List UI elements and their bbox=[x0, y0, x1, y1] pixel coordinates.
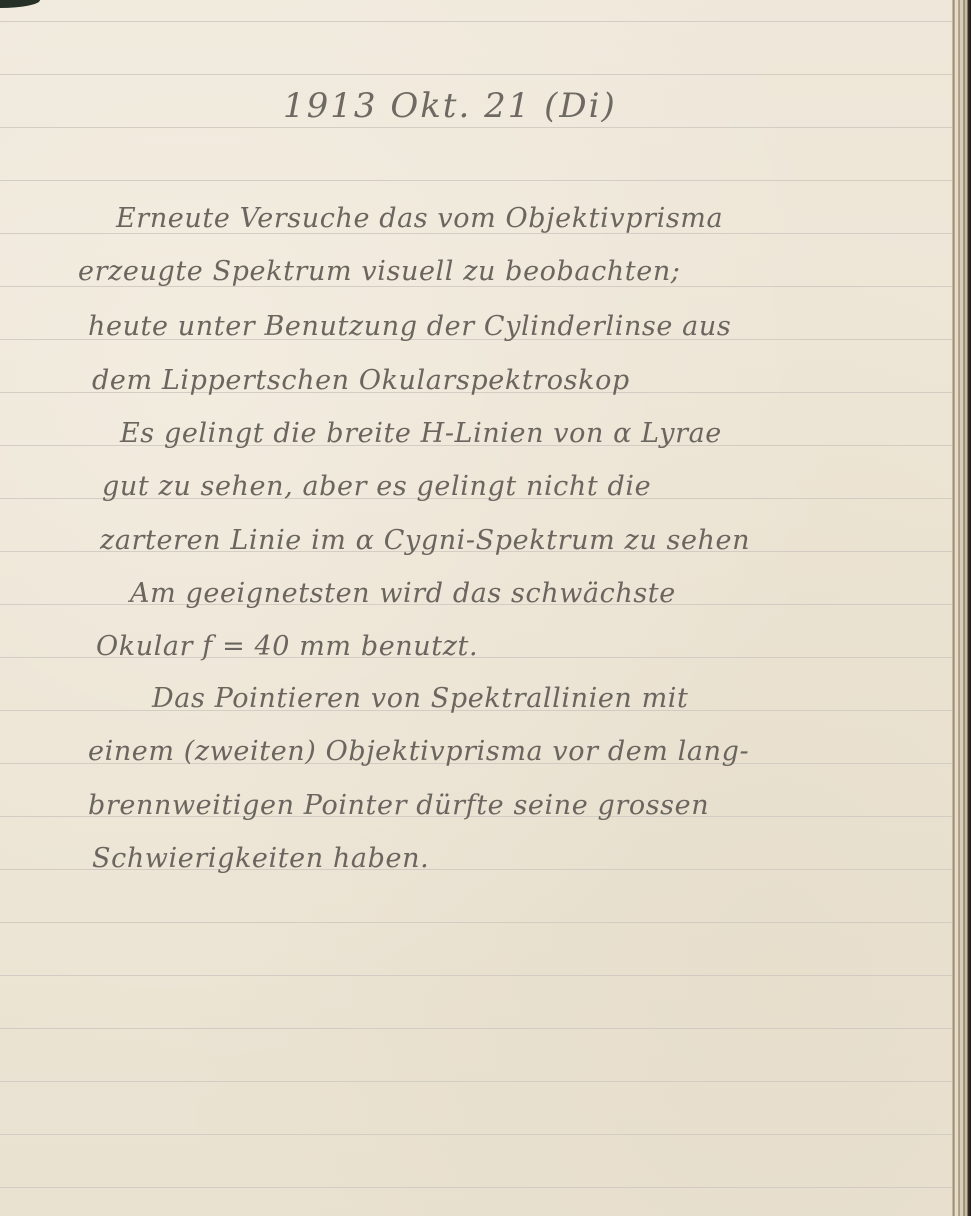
text-line: Okular f = 40 mm benutzt. bbox=[96, 633, 478, 660]
text-line: heute unter Benutzung der Cylinderlinse … bbox=[88, 313, 731, 340]
text-line: Am geeignetsten wird das schwächste bbox=[130, 580, 676, 607]
text-line: Das Pointieren von Spektrallinien mit bbox=[152, 685, 688, 712]
text-line: gut zu sehen, aber es gelingt nicht die bbox=[102, 473, 651, 500]
text-line: erzeugte Spektrum visuell zu beobachten; bbox=[78, 258, 681, 285]
notebook-page: 1913 Okt. 21 (Di) Erneute Versuche das v… bbox=[0, 0, 971, 1216]
text-line: einem (zweiten) Objektivprisma vor dem l… bbox=[88, 738, 749, 765]
text-line: Schwierigkeiten haben. bbox=[92, 845, 429, 872]
text-line: brennweitigen Pointer dürfte seine gross… bbox=[88, 792, 709, 819]
text-line: dem Lippertschen Okularspektroskop bbox=[92, 367, 630, 394]
notebook-binding-edge bbox=[952, 0, 971, 1216]
text-line: zarteren Linie im α Cygni-Spektrum zu se… bbox=[100, 527, 750, 554]
text-line: Erneute Versuche das vom Objektivprisma bbox=[116, 205, 723, 232]
text-line: Es gelingt die breite H-Linien von α Lyr… bbox=[120, 420, 722, 447]
entry-date: 1913 Okt. 21 (Di) bbox=[283, 86, 617, 126]
handwriting: 1913 Okt. 21 (Di) Erneute Versuche das v… bbox=[0, 0, 971, 1216]
